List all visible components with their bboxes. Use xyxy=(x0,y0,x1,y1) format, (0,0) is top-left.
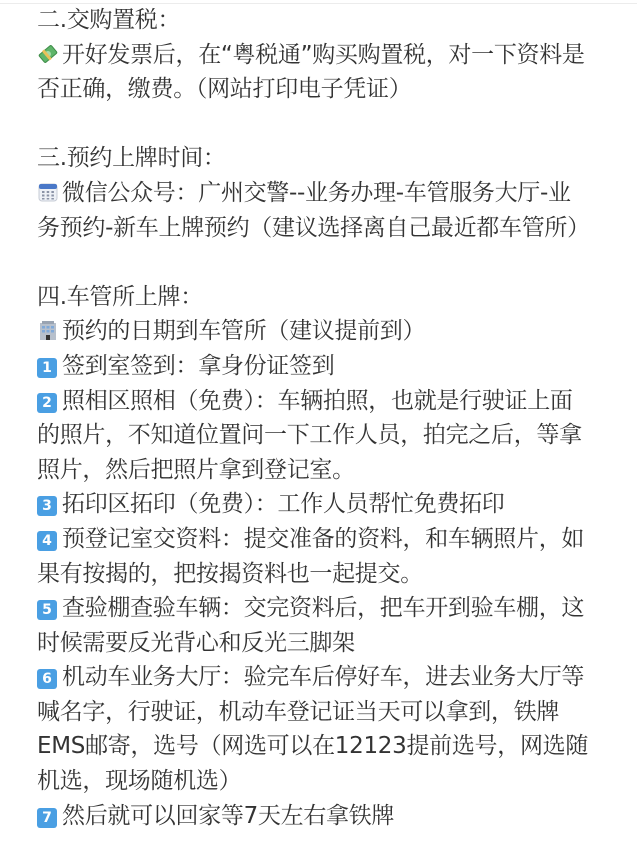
line-text: 机动车业务大厅：验完车后停好车，进去业务大厅等 xyxy=(62,664,584,690)
paragraph-line: 开好发票后，在“粤税通”购买购置税，对一下资料是 xyxy=(37,38,627,73)
number-6-badge-icon: 6 xyxy=(37,669,57,689)
number-5-badge-icon: 5 xyxy=(37,600,57,620)
paragraph-line: EMS邮寄，选号（网选可以在12123提前选号，网选随 xyxy=(37,729,627,764)
number-1-badge-icon: 1 xyxy=(37,358,57,378)
step-7: 7然后就可以回家等7天左右拿铁牌 xyxy=(37,799,627,834)
line-text: 签到室签到：拿身份证签到 xyxy=(62,353,334,379)
money-icon xyxy=(37,41,59,63)
section-heading: 三.预约上牌时间： xyxy=(37,141,627,176)
line-text: 照相区照相（免费）：车辆拍照，也就是行驶证上面 xyxy=(62,388,573,414)
document-body: 二.交购置税： 开好发票后，在“粤税通”购买购置税，对一下资料是 否正确，缴费。… xyxy=(37,3,627,833)
number-2-badge-icon: 2 xyxy=(37,393,57,413)
calendar-icon xyxy=(37,179,59,201)
line-text: 查验棚查验车辆：交完资料后，把车开到验车棚，这 xyxy=(62,595,584,621)
line-text: 预约的日期到车管所（建议提前到） xyxy=(62,318,425,344)
line-text: 微信公众号：广州交警--业务办理-车管服务大厅-业 xyxy=(62,180,571,206)
section-heading: 二.交购置税： xyxy=(37,3,627,38)
step-1: 1签到室签到：拿身份证签到 xyxy=(37,349,627,384)
step-5: 5查验棚查验车辆：交完资料后，把车开到验车棚，这 xyxy=(37,591,627,626)
paragraph-line: 喊名字，行驶证，机动车登记证当天可以拿到，铁牌 xyxy=(37,695,627,730)
line-text: 拓印区拓印（免费）：工作人员帮忙免费拓印 xyxy=(62,491,505,517)
step-2: 2照相区照相（免费）：车辆拍照，也就是行驶证上面 xyxy=(37,384,627,419)
paragraph-line: 果有按揭的，把按揭资料也一起提交。 xyxy=(37,557,627,592)
office-building-icon xyxy=(37,317,59,339)
paragraph-line: 时候需要反光背心和反光三脚架 xyxy=(37,626,627,661)
number-3-badge-icon: 3 xyxy=(37,496,57,516)
section-heading: 四.车管所上牌： xyxy=(37,280,627,315)
paragraph-line: 预约的日期到车管所（建议提前到） xyxy=(37,314,627,349)
paragraph-line: 否正确，缴费。（网站打印电子凭证） xyxy=(37,72,627,107)
step-3: 3拓印区拓印（免费）：工作人员帮忙免费拓印 xyxy=(37,487,627,522)
line-text: 开好发票后，在“粤税通”购买购置税，对一下资料是 xyxy=(62,42,585,68)
number-7-badge-icon: 7 xyxy=(37,808,57,828)
paragraph-line: 微信公众号：广州交警--业务办理-车管服务大厅-业 xyxy=(37,176,627,211)
line-text: 预登记室交资料：提交准备的资料，和车辆照片，如 xyxy=(62,526,584,552)
number-4-badge-icon: 4 xyxy=(37,531,57,551)
paragraph-line: 机选，现场随机选） xyxy=(37,764,627,799)
paragraph-line: 照片，然后把照片拿到登记室。 xyxy=(37,453,627,488)
paragraph-line: 务预约-新车上牌预约（建议选择离自己最近都车管所） xyxy=(37,211,627,246)
line-text: 然后就可以回家等7天左右拿铁牌 xyxy=(62,803,394,829)
paragraph-line: 的照片，不知道位置问一下工作人员，拍完之后，等拿 xyxy=(37,418,627,453)
step-4: 4预登记室交资料：提交准备的资料，和车辆照片，如 xyxy=(37,522,627,557)
step-6: 6机动车业务大厅：验完车后停好车，进去业务大厅等 xyxy=(37,660,627,695)
